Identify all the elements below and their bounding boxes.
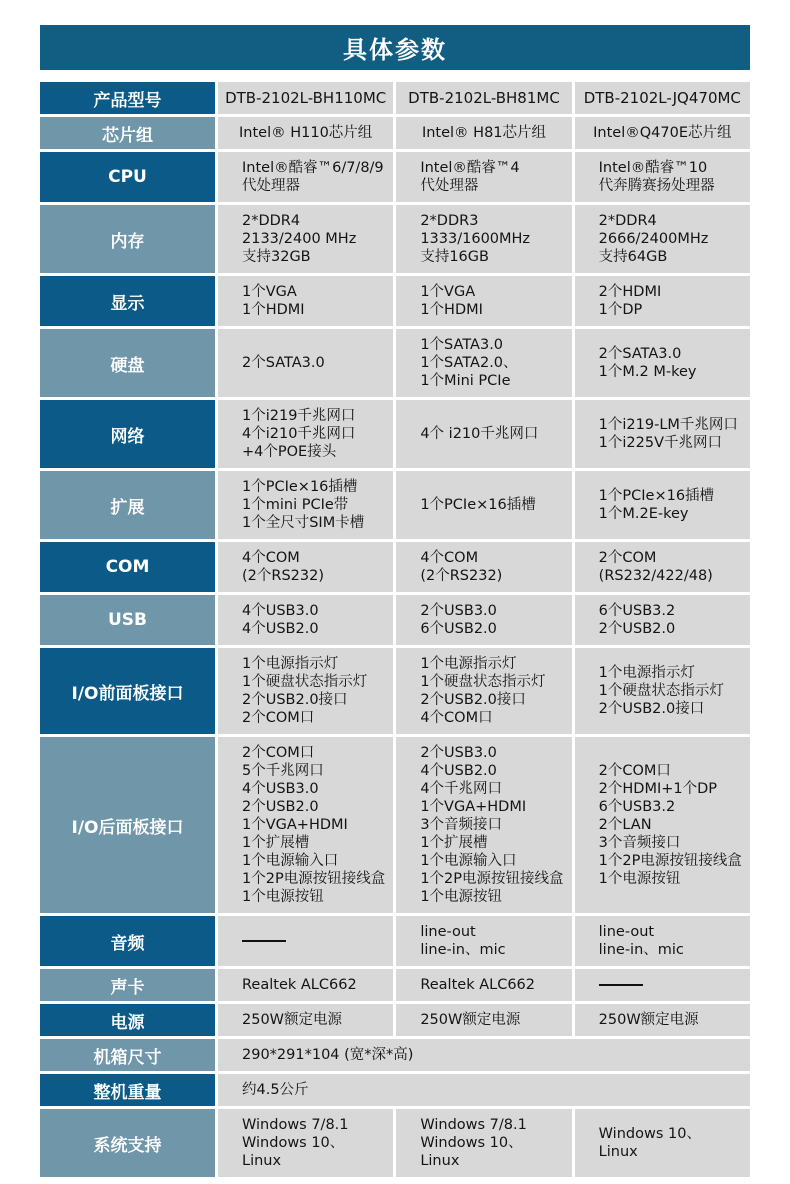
spec-cell: 1个电源指示灯1个硬盘状态指示灯2个USB2.0接口4个COM口 [396, 648, 571, 734]
cell-line: Realtek ALC662 [242, 976, 387, 994]
cell-line: 1个2P电源按钮接线盒 [420, 870, 565, 888]
spec-cell: line-outline-in、mic [396, 916, 571, 966]
cell-line: line-in、mic [599, 941, 744, 959]
cell-line: 1个2P电源按钮接线盒 [599, 852, 744, 870]
cell-line: 1个i219千兆网口 [242, 407, 387, 425]
spec-cell: 2个HDMI1个DP [575, 276, 750, 326]
cell-line: 6个USB2.0 [420, 620, 565, 638]
spec-cell [575, 969, 750, 1001]
spec-cell: DTB-2102L-JQ470MC [575, 82, 750, 114]
spec-cell: 2*DDR42666/2400MHz支持64GB [575, 205, 750, 273]
cell-line: 1个硬盘状态指示灯 [242, 673, 387, 691]
cell-line: 1个VGA+HDMI [420, 798, 565, 816]
cell-line: 2个COM口 [242, 744, 387, 762]
cell-line: DTB-2102L-JQ470MC [584, 89, 741, 107]
spec-cell: 2*DDR42133/2400 MHz支持32GB [218, 205, 393, 273]
cell-line: 4个千兆网口 [420, 780, 565, 798]
cell-line: Intel®酷睿™4 [420, 159, 565, 177]
spec-cell: 约4.5公斤 [218, 1074, 750, 1106]
spec-cell: Intel® H110芯片组 [218, 117, 393, 149]
spec-cell [218, 916, 393, 966]
cell-line: 1个扩展槽 [420, 834, 565, 852]
cell-line: Windows 10、 [420, 1134, 565, 1152]
cell-line: Linux [599, 1143, 744, 1161]
cell-line: 2个LAN [599, 816, 744, 834]
cell-line: 2*DDR3 [420, 212, 565, 230]
cell-line: 2个COM口 [599, 762, 744, 780]
spec-cell: 2个SATA3.0 [218, 329, 393, 397]
cell-line: (2个RS232) [242, 567, 387, 585]
cell-line: 1333/1600MHz [420, 230, 565, 248]
cell-line: 1个硬盘状态指示灯 [599, 682, 744, 700]
cell-line: 1个PCIe×16插槽 [420, 496, 565, 514]
cell-line: 4个COM [242, 549, 387, 567]
spec-cell: Windows 7/8.1Windows 10、Linux [396, 1109, 571, 1177]
cell-line: 代处理器 [420, 177, 565, 195]
table-row: 整机重量约4.5公斤 [40, 1074, 750, 1106]
cell-line: 4个USB2.0 [242, 620, 387, 638]
row-label: 扩展 [40, 471, 215, 539]
spec-cell: 1个VGA1个HDMI [396, 276, 571, 326]
cell-line: 1个HDMI [242, 301, 387, 319]
spec-cell: 250W额定电源 [218, 1004, 393, 1036]
cell-line: 4个i210千兆网口 [242, 425, 387, 443]
cell-line: (RS232/422/48) [599, 567, 744, 585]
row-label: 芯片组 [40, 117, 215, 149]
cell-line: 2个COM [599, 549, 744, 567]
cell-line: 4个COM [420, 549, 565, 567]
cell-line: 1个电源指示灯 [242, 655, 387, 673]
spec-cell: line-outline-in、mic [575, 916, 750, 966]
spec-cell: Intel®Q470E芯片组 [575, 117, 750, 149]
cell-line: Intel® H110芯片组 [239, 124, 372, 142]
cell-line: 约4.5公斤 [242, 1081, 744, 1099]
table-row: 产品型号DTB-2102L-BH110MCDTB-2102L-BH81MCDTB… [40, 82, 750, 114]
spec-cell: 250W额定电源 [396, 1004, 571, 1036]
cell-line: 4个COM口 [420, 709, 565, 727]
cell-line: 2个USB3.0 [420, 602, 565, 620]
cell-line: 2个SATA3.0 [242, 354, 387, 372]
cell-line: 1个mini PCIe带 [242, 496, 387, 514]
spec-cell: 1个i219-LM千兆网口1个i225V千兆网口 [575, 400, 750, 468]
spec-cell: 4个 i210千兆网口 [396, 400, 571, 468]
cell-line: 1个HDMI [420, 301, 565, 319]
spec-cell: 1个i219千兆网口4个i210千兆网口+4个POE接头 [218, 400, 393, 468]
cell-line: 1个VGA [242, 283, 387, 301]
spec-cell: 2个COM(RS232/422/48) [575, 542, 750, 592]
table-row: COM4个COM(2个RS232)4个COM(2个RS232)2个COM(RS2… [40, 542, 750, 592]
cell-line: 4个 i210千兆网口 [420, 425, 565, 443]
cell-line: 1个PCIe×16插槽 [242, 478, 387, 496]
cell-line: 1个电源输入口 [242, 852, 387, 870]
cell-line: (2个RS232) [420, 567, 565, 585]
spec-cell: Intel®酷睿™4代处理器 [396, 152, 571, 202]
cell-line: 2*DDR4 [242, 212, 387, 230]
cell-line: 1个M.2E-key [599, 505, 744, 523]
row-label: 机箱尺寸 [40, 1039, 215, 1071]
page-title-bar: 具体参数 [40, 25, 750, 70]
cell-line: 2个USB2.0 [599, 620, 744, 638]
cell-line: 2133/2400 MHz [242, 230, 387, 248]
cell-line: 1个全尺寸SIM卡槽 [242, 514, 387, 532]
cell-line: 1个2P电源按钮接线盒 [242, 870, 387, 888]
spec-cell: 1个PCIe×16插槽1个M.2E-key [575, 471, 750, 539]
table-row: 电源250W额定电源250W额定电源250W额定电源 [40, 1004, 750, 1036]
row-label: 硬盘 [40, 329, 215, 397]
cell-line: +4个POE接头 [242, 443, 387, 461]
cell-line: 1个SATA2.0、 [420, 354, 565, 372]
spec-cell: 2个USB3.04个USB2.04个千兆网口1个VGA+HDMI3个音频接口1个… [396, 737, 571, 913]
table-row: USB4个USB3.04个USB2.02个USB3.06个USB2.06个USB… [40, 595, 750, 645]
cell-line: line-out [420, 923, 565, 941]
table-row: 网络1个i219千兆网口4个i210千兆网口+4个POE接头4个 i210千兆网… [40, 400, 750, 468]
cell-line: 2*DDR4 [599, 212, 744, 230]
cell-line: 2个HDMI [599, 283, 744, 301]
spec-cell: 290*291*104 (宽*深*高) [218, 1039, 750, 1071]
spec-cell: 1个电源指示灯1个硬盘状态指示灯2个USB2.0接口 [575, 648, 750, 734]
row-label: I/O前面板接口 [40, 648, 215, 734]
cell-line: 1个SATA3.0 [420, 336, 565, 354]
cell-line: line-out [599, 923, 744, 941]
spec-cell: 1个PCIe×16插槽 [396, 471, 571, 539]
cell-line: 6个USB3.2 [599, 798, 744, 816]
table-row: I/O后面板接口2个COM口5个千兆网口4个USB3.02个USB2.01个VG… [40, 737, 750, 913]
row-label: 声卡 [40, 969, 215, 1001]
cell-line: 3个音频接口 [420, 816, 565, 834]
page-title: 具体参数 [343, 30, 447, 65]
cell-line: Windows 7/8.1 [420, 1116, 565, 1134]
table-row: 硬盘2个SATA3.01个SATA3.01个SATA2.0、1个Mini PCI… [40, 329, 750, 397]
table-row: I/O前面板接口1个电源指示灯1个硬盘状态指示灯2个USB2.0接口2个COM口… [40, 648, 750, 734]
cell-line: 2个SATA3.0 [599, 345, 744, 363]
spec-cell: Realtek ALC662 [218, 969, 393, 1001]
cell-line: 290*291*104 (宽*深*高) [242, 1046, 744, 1064]
row-label: 产品型号 [40, 82, 215, 114]
table-row: CPUIntel®酷睿™6/7/8/9代处理器Intel®酷睿™4代处理器Int… [40, 152, 750, 202]
row-label: CPU [40, 152, 215, 202]
cell-line: 1个电源按钮 [242, 888, 387, 906]
cell-line: 支持64GB [599, 248, 744, 266]
cell-line: 4个USB3.0 [242, 602, 387, 620]
row-label: 电源 [40, 1004, 215, 1036]
row-label: 网络 [40, 400, 215, 468]
spec-cell: 4个COM(2个RS232) [396, 542, 571, 592]
cell-line: 250W额定电源 [599, 1011, 744, 1029]
cell-line: 1个i219-LM千兆网口 [599, 416, 744, 434]
table-row: 芯片组Intel® H110芯片组Intel® H81芯片组Intel®Q470… [40, 117, 750, 149]
cell-line: 代奔腾赛扬处理器 [599, 177, 744, 195]
cell-line: 1个扩展槽 [242, 834, 387, 852]
spec-cell: 2个USB3.06个USB2.0 [396, 595, 571, 645]
spec-cell: Windows 10、Linux [575, 1109, 750, 1177]
table-row: 内存2*DDR42133/2400 MHz支持32GB2*DDR31333/16… [40, 205, 750, 273]
table-row: 声卡Realtek ALC662Realtek ALC662 [40, 969, 750, 1001]
cell-line: 2个USB2.0接口 [599, 700, 744, 718]
table-row: 显示1个VGA1个HDMI1个VGA1个HDMI2个HDMI1个DP [40, 276, 750, 326]
cell-line: Linux [242, 1152, 387, 1170]
spec-cell: 2个SATA3.01个M.2 M-key [575, 329, 750, 397]
cell-line: 1个DP [599, 301, 744, 319]
cell-line: 3个音频接口 [599, 834, 744, 852]
cell-line: Intel® H81芯片组 [422, 124, 546, 142]
cell-line: 2个HDMI+1个DP [599, 780, 744, 798]
row-label: I/O后面板接口 [40, 737, 215, 913]
cell-line: 1个VGA+HDMI [242, 816, 387, 834]
cell-line: Windows 10、 [242, 1134, 387, 1152]
empty-dash [242, 940, 286, 942]
spec-cell: Intel®酷睿™10代奔腾赛扬处理器 [575, 152, 750, 202]
cell-line: 1个电源指示灯 [420, 655, 565, 673]
row-label: 内存 [40, 205, 215, 273]
table-row: 音频line-outline-in、micline-outline-in、mic [40, 916, 750, 966]
cell-line: 5个千兆网口 [242, 762, 387, 780]
cell-line: 4个USB3.0 [242, 780, 387, 798]
cell-line: 1个PCIe×16插槽 [599, 487, 744, 505]
spec-cell: 250W额定电源 [575, 1004, 750, 1036]
spec-cell: 6个USB3.22个USB2.0 [575, 595, 750, 645]
cell-line: 2666/2400MHz [599, 230, 744, 248]
spec-cell: DTB-2102L-BH81MC [396, 82, 571, 114]
row-label: 音频 [40, 916, 215, 966]
cell-line: 代处理器 [242, 177, 387, 195]
cell-line: 1个硬盘状态指示灯 [420, 673, 565, 691]
cell-line: 4个USB2.0 [420, 762, 565, 780]
cell-line: DTB-2102L-BH81MC [408, 89, 560, 107]
cell-line: 1个电源按钮 [599, 870, 744, 888]
spec-cell: 2个COM口5个千兆网口4个USB3.02个USB2.01个VGA+HDMI1个… [218, 737, 393, 913]
row-label: USB [40, 595, 215, 645]
row-label: 系统支持 [40, 1109, 215, 1177]
row-label: 显示 [40, 276, 215, 326]
spec-cell: 4个COM(2个RS232) [218, 542, 393, 592]
cell-line: 1个Mini PCIe [420, 372, 565, 390]
cell-line: 2个USB2.0接口 [242, 691, 387, 709]
spec-cell: Realtek ALC662 [396, 969, 571, 1001]
row-label: 整机重量 [40, 1074, 215, 1106]
cell-line: 1个电源指示灯 [599, 664, 744, 682]
cell-line: 2个USB3.0 [420, 744, 565, 762]
cell-line: 1个VGA [420, 283, 565, 301]
cell-line: Linux [420, 1152, 565, 1170]
spec-cell: Intel® H81芯片组 [396, 117, 571, 149]
table-row: 系统支持Windows 7/8.1Windows 10、LinuxWindows… [40, 1109, 750, 1177]
cell-line: 1个M.2 M-key [599, 363, 744, 381]
spec-cell: 1个SATA3.01个SATA2.0、1个Mini PCIe [396, 329, 571, 397]
spec-cell: 1个电源指示灯1个硬盘状态指示灯2个USB2.0接口2个COM口 [218, 648, 393, 734]
cell-line: line-in、mic [420, 941, 565, 959]
table-row: 扩展1个PCIe×16插槽1个mini PCIe带1个全尺寸SIM卡槽1个PCI… [40, 471, 750, 539]
spec-cell: 2个COM口2个HDMI+1个DP6个USB3.22个LAN3个音频接口1个2P… [575, 737, 750, 913]
table-row: 机箱尺寸290*291*104 (宽*深*高) [40, 1039, 750, 1071]
cell-line: Windows 10、 [599, 1125, 744, 1143]
cell-line: 1个i225V千兆网口 [599, 434, 744, 452]
cell-line: Intel®酷睿™6/7/8/9 [242, 159, 387, 177]
cell-line: Intel®酷睿™10 [599, 159, 744, 177]
cell-line: DTB-2102L-BH110MC [225, 89, 386, 107]
cell-line: Windows 7/8.1 [242, 1116, 387, 1134]
cell-line: 2个USB2.0接口 [420, 691, 565, 709]
spec-cell: 4个USB3.04个USB2.0 [218, 595, 393, 645]
cell-line: 1个电源按钮 [420, 888, 565, 906]
cell-line: Realtek ALC662 [420, 976, 565, 994]
cell-line: 6个USB3.2 [599, 602, 744, 620]
spec-cell: 1个VGA1个HDMI [218, 276, 393, 326]
cell-line: 250W额定电源 [242, 1011, 387, 1029]
cell-line: 250W额定电源 [420, 1011, 565, 1029]
spec-cell: Windows 7/8.1Windows 10、Linux [218, 1109, 393, 1177]
spec-cell: 2*DDR31333/1600MHz支持16GB [396, 205, 571, 273]
spec-cell: Intel®酷睿™6/7/8/9代处理器 [218, 152, 393, 202]
cell-line: 支持16GB [420, 248, 565, 266]
spec-sheet: 具体参数 产品型号DTB-2102L-BH110MCDTB-2102L-BH81… [40, 25, 750, 1177]
row-label: COM [40, 542, 215, 592]
spec-table: 产品型号DTB-2102L-BH110MCDTB-2102L-BH81MCDTB… [40, 82, 750, 1177]
empty-dash [599, 984, 643, 986]
spec-cell: 1个PCIe×16插槽1个mini PCIe带1个全尺寸SIM卡槽 [218, 471, 393, 539]
cell-line: Intel®Q470E芯片组 [593, 124, 731, 142]
cell-line: 2个USB2.0 [242, 798, 387, 816]
cell-line: 1个电源输入口 [420, 852, 565, 870]
spec-cell: DTB-2102L-BH110MC [218, 82, 393, 114]
cell-line: 支持32GB [242, 248, 387, 266]
cell-line: 2个COM口 [242, 709, 387, 727]
